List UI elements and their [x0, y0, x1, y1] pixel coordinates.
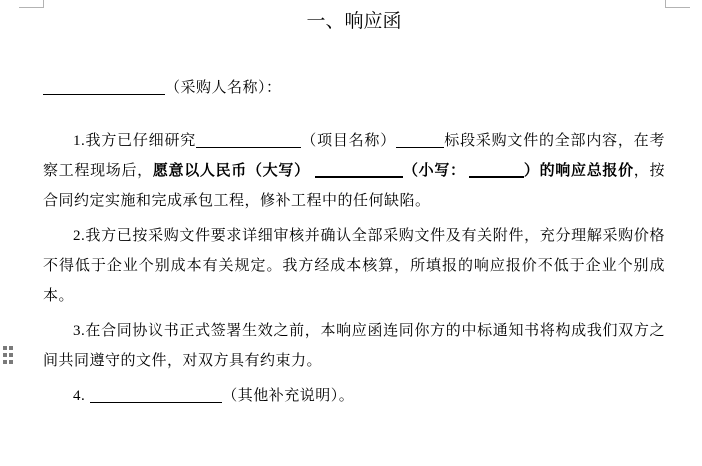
- paragraph-3: 3.在合同协议书正式签署生效之前，本响应函连同你方的中标通知书将构成我们双方之间…: [43, 316, 665, 376]
- paragraph-1: 1.我方已仔细研究（项目名称）标段采购文件的全部内容，在考察工程现场后，愿意以人…: [43, 126, 665, 216]
- p1-bold-text-3: ）的响应总报价: [524, 163, 634, 179]
- drag-handle-dot: [9, 353, 13, 357]
- supplementary-notes-blank-field[interactable]: [90, 387, 222, 403]
- salutation-suffix: （采购人名称）：: [165, 80, 282, 96]
- drag-handle-dot: [3, 346, 7, 350]
- drag-handle-icon[interactable]: [3, 346, 13, 364]
- page-title: 一、响应函: [43, 8, 665, 36]
- p4-text-1: 4.: [73, 388, 85, 404]
- paragraph-4: 4.（其他补充说明）。: [43, 381, 665, 411]
- document-body: 一、响应函 （采购人名称）： 1.我方已仔细研究（项目名称）标段采购文件的全部内…: [43, 0, 665, 411]
- price-in-figures-blank-field[interactable]: [469, 161, 524, 178]
- drag-handle-dot: [3, 353, 7, 357]
- drag-handle-dot: [9, 360, 13, 364]
- project-name-blank-field[interactable]: [196, 132, 301, 148]
- p4-text-2: （其他补充说明）。: [222, 388, 354, 404]
- p1-text-2: （项目名称）: [301, 133, 396, 149]
- paragraph-2: 2.我方已按采购文件要求详细审核并确认全部采购文件及有关附件，充分理解采购价格不…: [43, 221, 665, 311]
- drag-handle-dot: [9, 346, 13, 350]
- p1-bold-text-1: 愿意以人民币（大写）: [153, 163, 310, 179]
- p1-text-1: 1.我方已仔细研究: [73, 133, 196, 149]
- price-in-words-blank-field[interactable]: [315, 161, 403, 178]
- crop-mark-top-left-horizontal: [19, 7, 44, 8]
- drag-handle-dot: [3, 360, 7, 364]
- procurer-name-blank-field[interactable]: [43, 79, 165, 95]
- crop-mark-top-right-vertical: [665, 0, 666, 8]
- salutation-line: （采购人名称）：: [43, 73, 665, 103]
- document-page: 一、响应函 （采购人名称）： 1.我方已仔细研究（项目名称）标段采购文件的全部内…: [0, 0, 702, 466]
- crop-mark-top-right-horizontal: [665, 7, 690, 8]
- p1-bold-text-2: （小写：: [403, 163, 466, 179]
- bid-section-blank-field[interactable]: [396, 132, 444, 148]
